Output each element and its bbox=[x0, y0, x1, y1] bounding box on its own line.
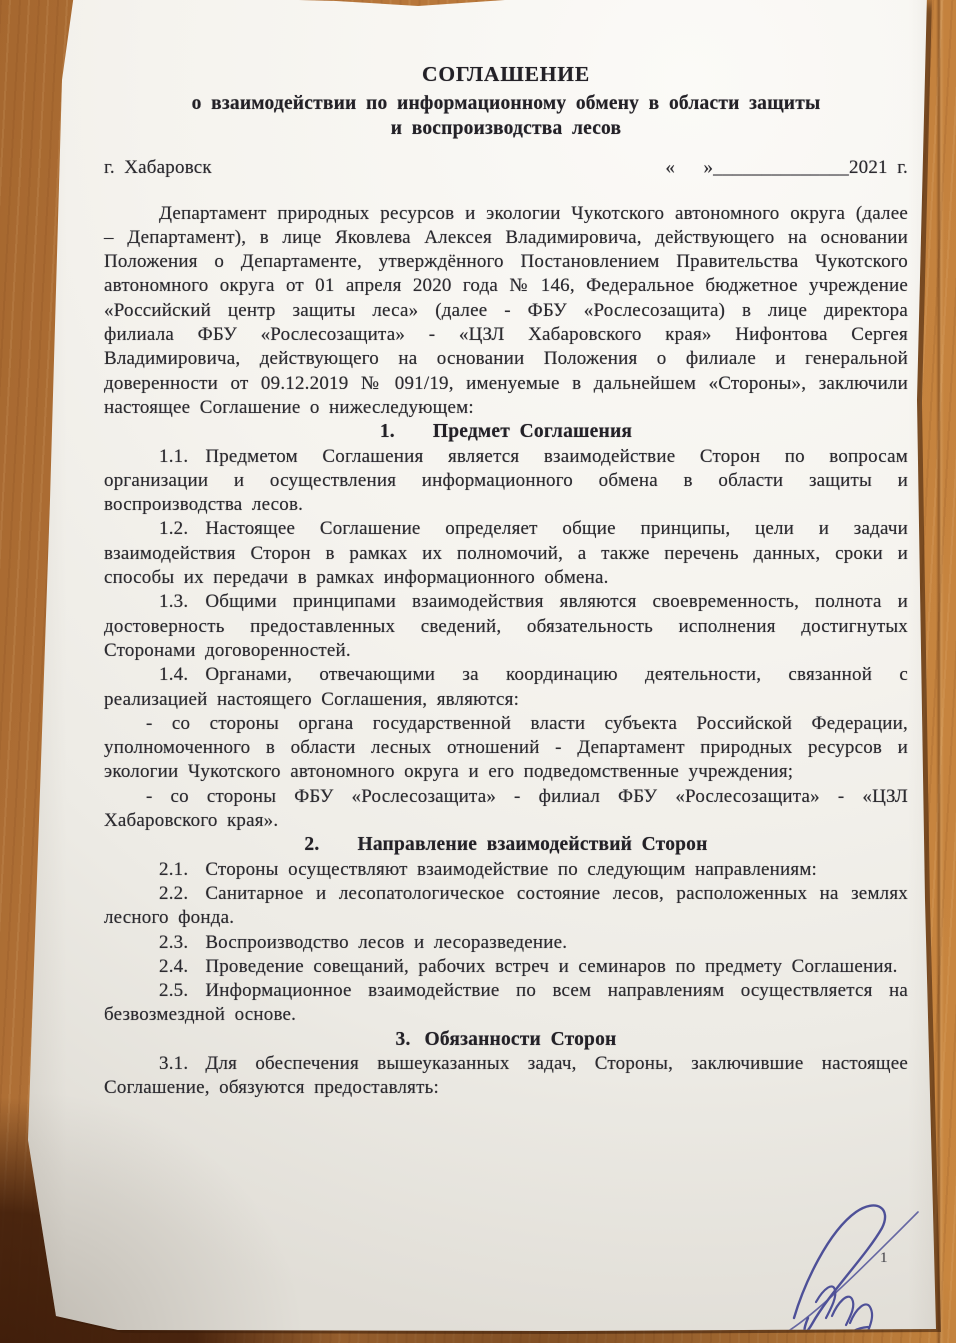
paragraph-number: 2.2. bbox=[159, 883, 188, 904]
paragraph-2-3: 2.3.Воспроизводство лесов и лесоразведен… bbox=[104, 931, 908, 955]
paragraph-text: Проведение совещаний, рабочих встреч и с… bbox=[205, 956, 897, 977]
paragraph-text: Воспроизводство лесов и лесоразведение. bbox=[205, 932, 567, 953]
paragraph-text: - со стороны ФБУ «Рослесозащита» - филиа… bbox=[104, 786, 908, 831]
paragraph-2-4: 2.4.Проведение совещаний, рабочих встреч… bbox=[104, 955, 908, 979]
paragraph-2-5: 2.5.Информационное взаимодействие по все… bbox=[104, 979, 908, 1028]
section-2-heading: 2.Направление взаимодействий Сторон bbox=[104, 833, 908, 857]
paragraph-text: Стороны осуществляют взаимодействие по с… bbox=[205, 859, 817, 880]
paragraph-number: 2.3. bbox=[159, 932, 188, 953]
section-1-number: 1. bbox=[380, 421, 395, 442]
section-1-heading: 1.Предмет Соглашения bbox=[104, 420, 908, 444]
date-blank: « »______________2021 г. bbox=[665, 156, 908, 180]
document-subtitle-line1: о взаимодействии по информационному обме… bbox=[104, 91, 908, 116]
paragraph-number: 1.3. bbox=[159, 591, 188, 612]
paragraph-1-3: 1.3.Общими принципами взаимодействия явл… bbox=[104, 590, 908, 663]
paragraph-number: 1.2. bbox=[159, 518, 188, 539]
preamble-paragraph: Департамент природных ресурсов и экологи… bbox=[104, 202, 908, 421]
place-label: г. Хабаровск bbox=[104, 156, 212, 180]
section-2-number: 2. bbox=[304, 834, 319, 855]
paragraph-2-1: 2.1.Стороны осуществляют взаимодействие … bbox=[104, 858, 908, 882]
section-3-title: Обязанности Сторон bbox=[425, 1029, 617, 1050]
paragraph-1-4: 1.4.Органами, отвечающими за координацию… bbox=[104, 663, 908, 712]
signature-ink bbox=[770, 1198, 930, 1343]
paper-sheet: СОГЛАШЕНИЕ о взаимодействии по информаци… bbox=[0, 0, 956, 1343]
paragraph-number: 2.4. bbox=[159, 956, 188, 977]
page-number: 1 bbox=[880, 1250, 888, 1267]
paragraph-2-2: 2.2.Санитарное и лесопатологическое сост… bbox=[104, 882, 908, 931]
section-2-title: Направление взаимодействий Сторон bbox=[357, 834, 707, 855]
paragraph-1-1: 1.1.Предметом Соглашения является взаимо… bbox=[104, 445, 908, 518]
paragraph-text: Общими принципами взаимодействия являютс… bbox=[104, 591, 908, 661]
paragraph-number: 1.4. bbox=[159, 664, 188, 685]
paragraph-3-1: 3.1.Для обеспечения вышеуказанных задач,… bbox=[104, 1052, 908, 1101]
paragraph-1-2: 1.2.Настоящее Соглашение определяет общи… bbox=[104, 517, 908, 590]
section-1-title: Предмет Соглашения bbox=[433, 421, 632, 442]
paragraph-number: 2.5. bbox=[159, 980, 188, 1001]
document-subtitle-line2: и воспроизводства лесов bbox=[104, 116, 908, 141]
document-content: СОГЛАШЕНИЕ о взаимодействии по информаци… bbox=[104, 0, 908, 1101]
dash-item-authority: - со стороны органа государственной влас… bbox=[104, 712, 908, 785]
paragraph-text: Для обеспечения вышеуказанных задач, Сто… bbox=[104, 1053, 908, 1098]
document-title: СОГЛАШЕНИЕ bbox=[104, 62, 908, 86]
paragraph-text: Информационное взаимодействие по всем на… bbox=[104, 980, 908, 1025]
paragraph-number: 1.1. bbox=[159, 446, 188, 467]
place-date-row: г. Хабаровск « »______________2021 г. bbox=[104, 156, 908, 180]
dash-item-fbu: - со стороны ФБУ «Рослесозащита» - филиа… bbox=[104, 785, 908, 834]
paragraph-text: - со стороны органа государственной влас… bbox=[104, 713, 908, 783]
section-3-number: 3. bbox=[396, 1029, 411, 1050]
paragraph-text: Санитарное и лесопатологическое состояни… bbox=[104, 883, 908, 928]
paragraph-number: 3.1. bbox=[159, 1053, 188, 1074]
paragraph-text: Настоящее Соглашение определяет общие пр… bbox=[104, 518, 908, 588]
paragraph-text: Предметом Соглашения является взаимодейс… bbox=[104, 446, 908, 516]
paragraph-text: Органами, отвечающими за координацию дея… bbox=[104, 664, 908, 709]
section-3-heading: 3.Обязанности Сторон bbox=[104, 1028, 908, 1052]
paragraph-number: 2.1. bbox=[159, 859, 188, 880]
